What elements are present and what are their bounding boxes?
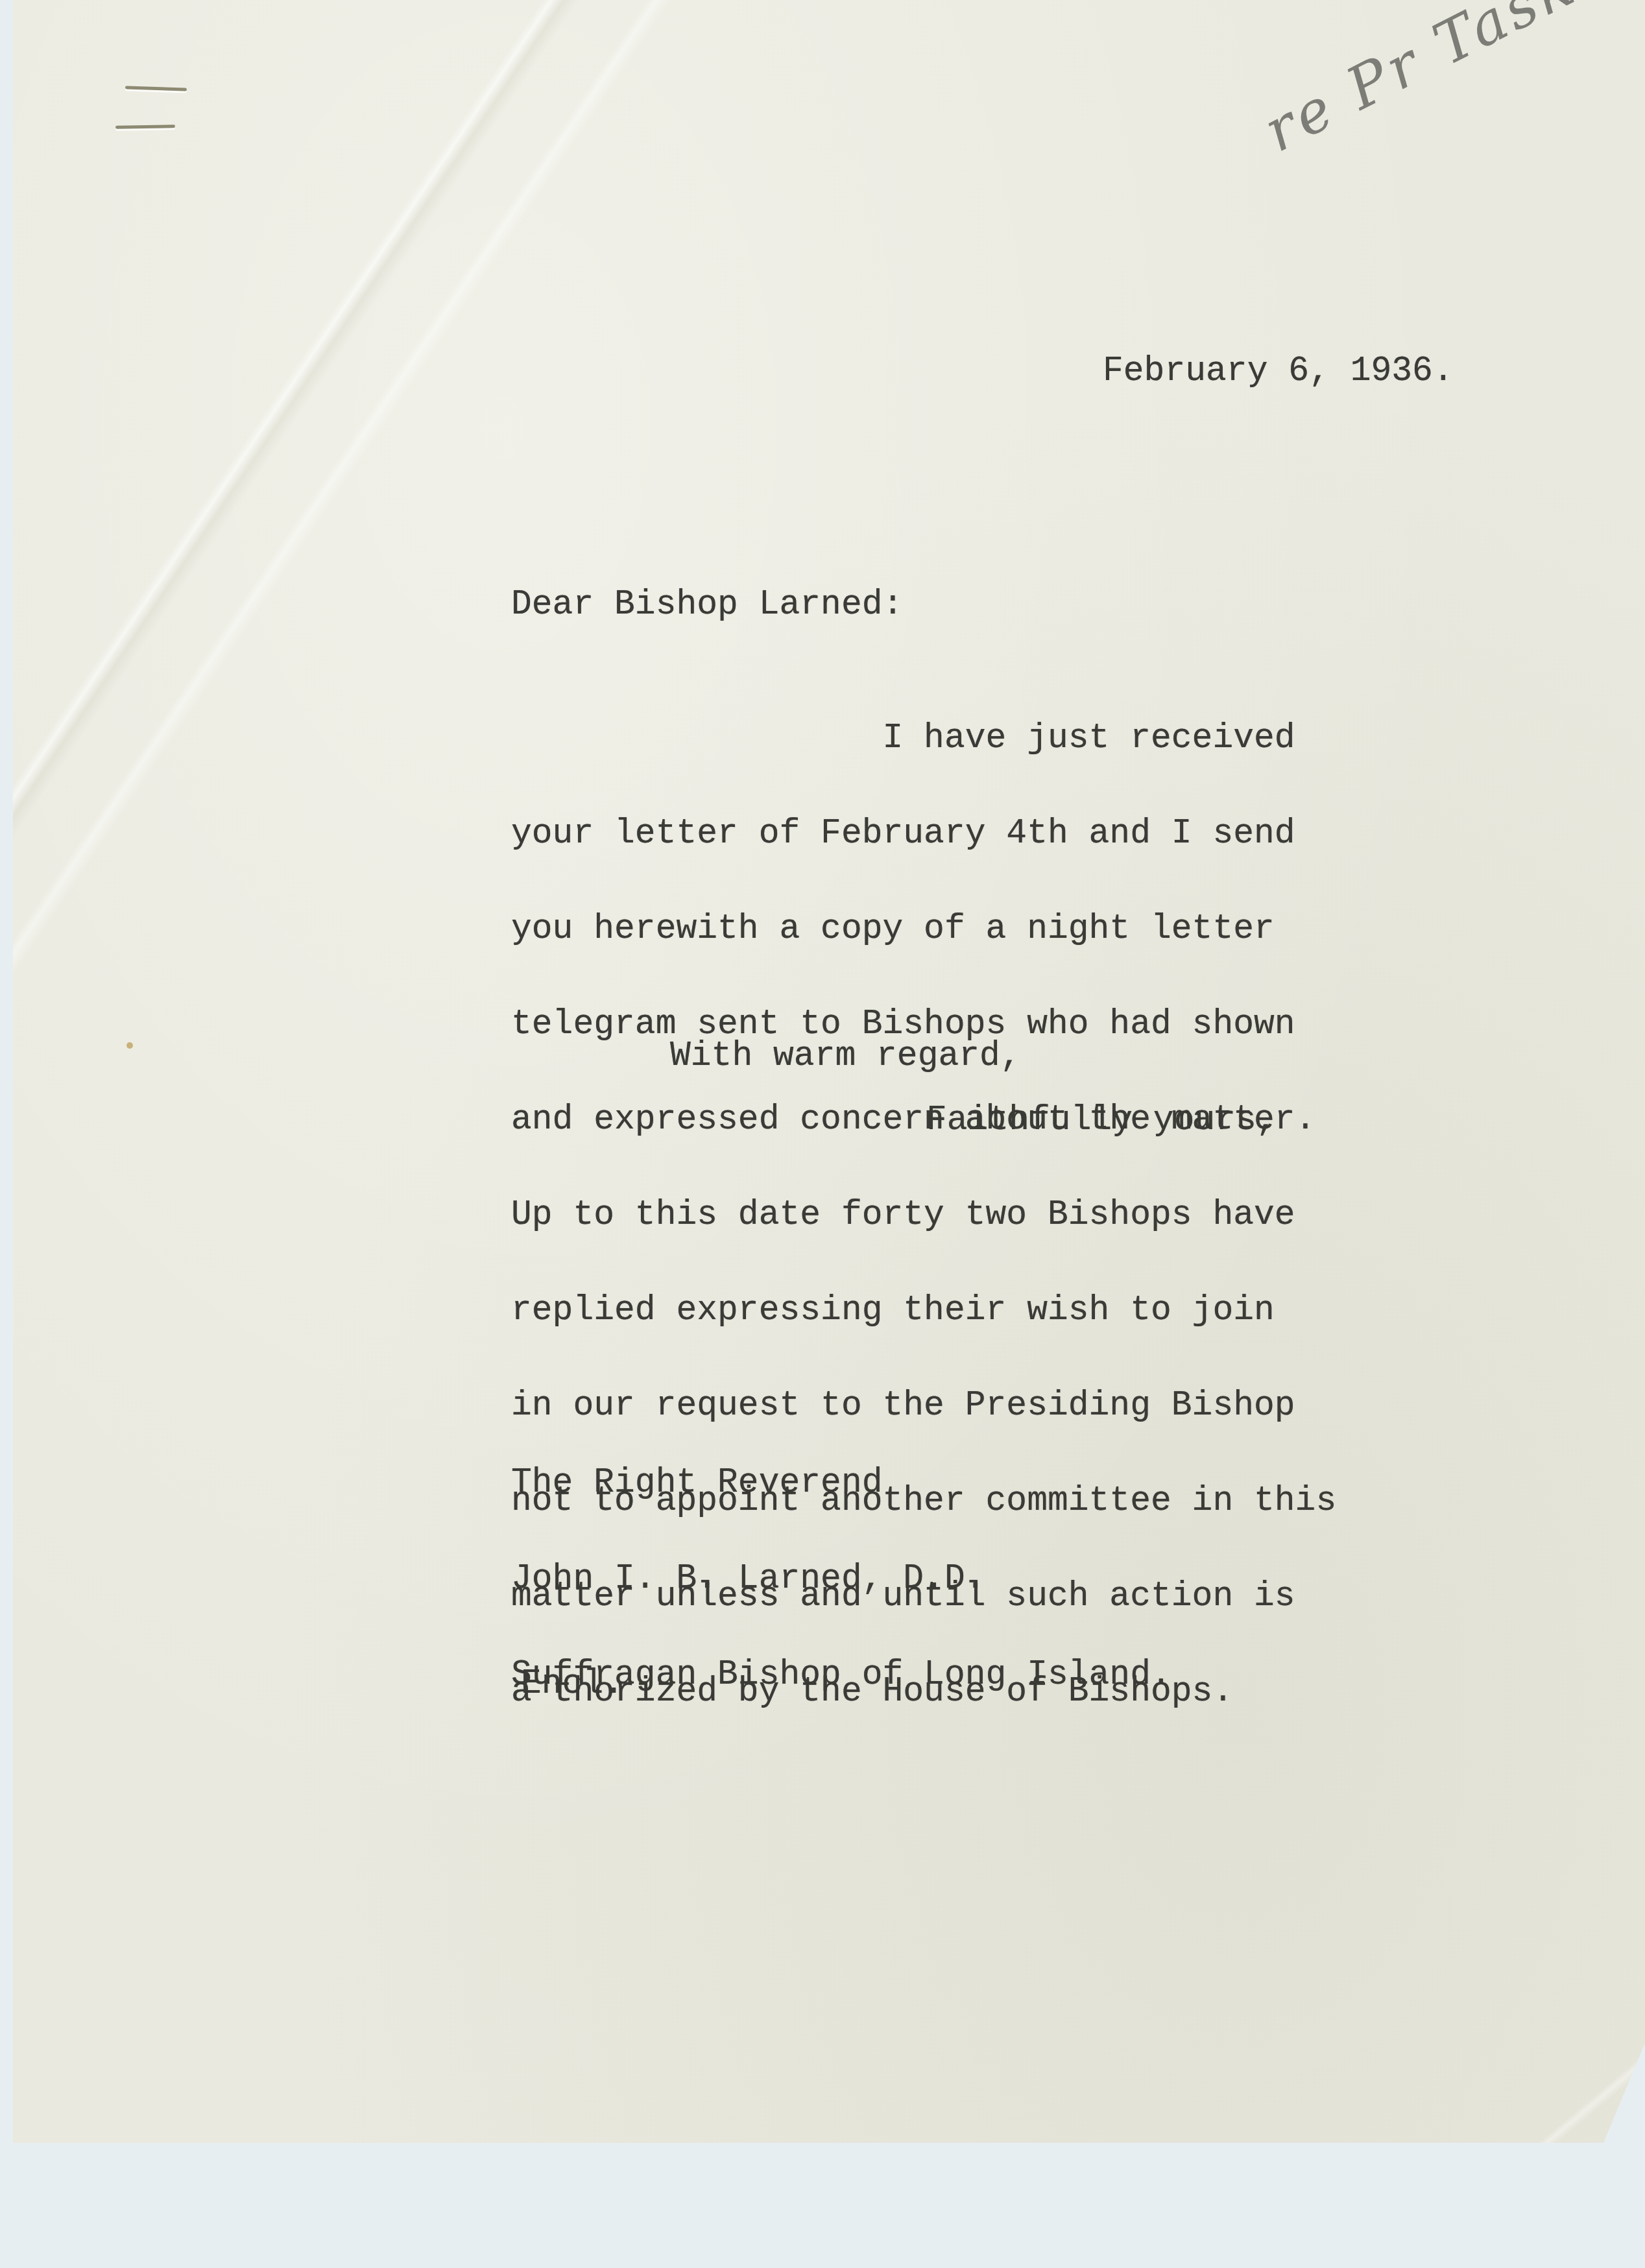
body-line: telegram sent to Bishops who had shown	[511, 1009, 1336, 1040]
closing-regard: With warm regard,	[670, 1040, 1021, 1072]
body-line: you herewith a copy of a night letter	[511, 913, 1336, 945]
address-line: John I. B. Larned, D.D.	[511, 1563, 1171, 1595]
body-line: replied expressing their wish to join	[511, 1295, 1336, 1326]
letter-date: February 6, 1936.	[1103, 355, 1454, 387]
folded-corner	[1505, 2043, 1645, 2147]
body-line: your letter of February 4th and I send	[511, 818, 1336, 850]
body-line: Up to this date forty two Bishops have	[511, 1199, 1336, 1231]
body-line: I have just received	[511, 722, 1336, 754]
enclosure-note: Encl.	[521, 1668, 624, 1700]
staple-hole-icon	[115, 125, 175, 129]
staple-hole-icon	[125, 86, 187, 91]
letter-page: re Pr Task February 6, 1936. Dear Bishop…	[13, 0, 1645, 2143]
salutation: Dear Bishop Larned:	[511, 589, 903, 621]
handwritten-note: re Pr Task	[1253, 0, 1587, 165]
paper-spot	[126, 1042, 133, 1049]
closing-signoff: Faithfully yours,	[926, 1104, 1277, 1136]
address-line: The Right Reverend	[511, 1467, 1171, 1499]
